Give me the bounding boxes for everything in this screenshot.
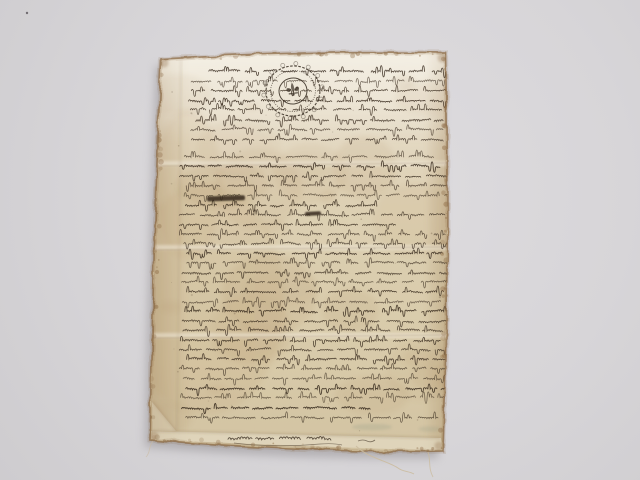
paper-speck <box>208 400 210 402</box>
paper-stain <box>270 155 333 185</box>
paper-speck <box>332 131 333 132</box>
paper-speck <box>360 218 362 220</box>
edge-speckle <box>440 240 445 245</box>
edge-speckle <box>158 259 160 261</box>
paper-stain <box>208 386 226 394</box>
edge-speckle <box>272 443 274 445</box>
paper-stain <box>393 75 414 90</box>
paper-speck <box>171 183 173 185</box>
background-surface <box>26 12 28 14</box>
paper-speck <box>211 407 212 408</box>
paper-speck <box>348 154 350 156</box>
edge-speckle <box>441 252 445 256</box>
paper-speck <box>408 213 410 215</box>
paper-speck <box>239 150 241 152</box>
paper-speck <box>353 110 354 111</box>
paper-speck <box>173 348 174 349</box>
paper-speck <box>178 145 180 147</box>
edge-speckle <box>157 224 162 229</box>
paper-speck <box>427 105 428 106</box>
paper-speck <box>328 403 330 405</box>
grey-smudge <box>352 424 392 430</box>
edge-speckle <box>360 55 361 56</box>
paper-speck <box>359 430 360 431</box>
manuscript-photo <box>0 0 640 480</box>
paper-speck <box>418 342 419 343</box>
paper-speck <box>234 312 236 314</box>
paper-speck <box>349 102 350 103</box>
ink-blotch <box>305 211 321 216</box>
paper-speck <box>431 233 433 235</box>
paper-speck <box>190 112 192 114</box>
paper-speck <box>395 338 397 340</box>
paper-speck <box>417 419 419 421</box>
paper-stain <box>264 219 287 238</box>
edge-speckle <box>159 170 161 172</box>
paper-speck <box>171 282 172 283</box>
paper-speck <box>439 296 441 298</box>
paper-speck <box>395 263 396 264</box>
paper-speck <box>265 114 266 115</box>
paper-speck <box>171 91 173 93</box>
photograph: Photograph of an aged yellowed manuscrip… <box>0 0 640 480</box>
edge-speckle <box>159 167 163 171</box>
dust-speck <box>26 12 28 14</box>
edge-speckle <box>302 443 304 445</box>
paper-speck <box>191 294 193 296</box>
grey-smudge <box>419 426 441 432</box>
paper-speck <box>231 405 232 406</box>
